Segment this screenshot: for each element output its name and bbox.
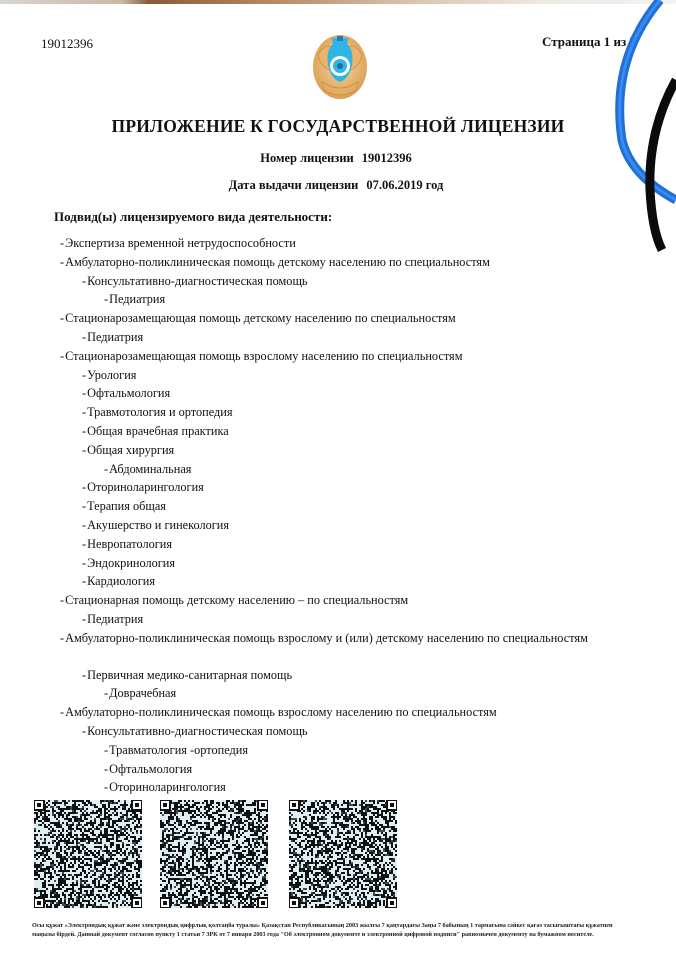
- list-item-text: Травмотология и ортопедия: [87, 405, 232, 419]
- list-item-text: Педиатрия: [109, 292, 165, 306]
- list-item: -Кардиология: [82, 574, 155, 589]
- legal-footnote: Осы құжат «Электрондық құжат және электр…: [32, 921, 657, 939]
- list-item-text: Офтальмология: [109, 762, 192, 776]
- list-item-text: Кардиология: [87, 574, 155, 588]
- list-item-text: Общая хирургия: [87, 443, 174, 457]
- bullet-dash: -: [82, 386, 86, 400]
- list-item-text: Педиатрия: [87, 330, 143, 344]
- list-item: -Терапия общая: [82, 499, 166, 514]
- list-item-text: Терапия общая: [87, 499, 166, 513]
- list-item-text: Экспертиза временной нетрудоспособности: [65, 236, 296, 250]
- list-item-text: Амбулаторно-поликлиническая помощь взрос…: [65, 705, 497, 719]
- bullet-dash: -: [82, 330, 86, 344]
- bullet-dash: -: [104, 780, 108, 794]
- list-item: -Травмотология и ортопедия: [82, 405, 232, 420]
- list-item: -Стационарная помощь детскому населению …: [60, 593, 408, 608]
- bullet-dash: -: [82, 405, 86, 419]
- bullet-dash: -: [82, 368, 86, 382]
- bullet-dash: -: [60, 255, 64, 269]
- license-date-line: Дата выдачи лицензии07.06.2019 год: [0, 178, 674, 193]
- bullet-dash: -: [82, 518, 86, 532]
- list-item: -Оториноларингология: [104, 780, 226, 795]
- list-item-text: Оториноларингология: [109, 780, 226, 794]
- footnote-line-kazakh: Осы құжат «Электрондық құжат және электр…: [32, 921, 657, 930]
- bullet-dash: -: [82, 724, 86, 738]
- bullet-dash: -: [82, 537, 86, 551]
- list-item-text: Офтальмология: [87, 386, 170, 400]
- bullet-dash: -: [104, 762, 108, 776]
- list-item-text: Стационарная помощь детскому населению –…: [65, 593, 408, 607]
- license-date-value: 07.06.2019 год: [366, 178, 443, 192]
- license-number-line: Номер лицензии19012396: [0, 151, 674, 166]
- list-item: -Абдоминальная: [104, 462, 191, 477]
- list-item: -Офтальмология: [82, 386, 170, 401]
- list-item: -Амбулаторно-поликлиническая помощь взро…: [60, 631, 588, 646]
- list-item-text: Стационарозамещающая помощь детскому нас…: [65, 311, 456, 325]
- list-item-text: Акушерство и гинекология: [87, 518, 229, 532]
- list-item: -Первичная медико-санитарная помощь: [82, 668, 292, 683]
- qr-code-icon: [160, 800, 268, 908]
- list-item: -Консультативно-диагностическая помощь: [82, 274, 308, 289]
- list-item-text: Оториноларингология: [87, 480, 204, 494]
- list-item-text: Невропатология: [87, 537, 172, 551]
- list-item: -Экспертиза временной нетрудоспособности: [60, 236, 296, 251]
- qr-code-icon: [289, 800, 397, 908]
- list-item-text: Консультативно-диагностическая помощь: [87, 274, 307, 288]
- list-item-text: Травматология -ортопедия: [109, 743, 248, 757]
- list-item-text: Абдоминальная: [109, 462, 191, 476]
- list-item-text: Эндокринология: [87, 556, 175, 570]
- list-item: -Травматология -ортопедия: [104, 743, 248, 758]
- photo-top-edge: [0, 0, 676, 4]
- list-item: -Стационарозамещающая помощь детскому на…: [60, 311, 456, 326]
- bullet-dash: -: [82, 443, 86, 457]
- license-number-label: Номер лицензии: [260, 151, 353, 165]
- kazakhstan-state-emblem-icon: [310, 30, 370, 102]
- bullet-dash: -: [104, 462, 108, 476]
- list-item-text: Первичная медико-санитарная помощь: [87, 668, 292, 682]
- list-item: -Амбулаторно-поликлиническая помощь взро…: [60, 705, 497, 720]
- bullet-dash: -: [60, 631, 64, 645]
- list-item-text: Доврачебная: [109, 686, 176, 700]
- list-item: -Педиатрия: [82, 330, 143, 345]
- bullet-dash: -: [82, 574, 86, 588]
- list-item: -Эндокринология: [82, 556, 175, 571]
- bullet-dash: -: [60, 593, 64, 607]
- list-item: -Педиатрия: [82, 612, 143, 627]
- bullet-dash: -: [82, 668, 86, 682]
- list-item: -Урология: [82, 368, 136, 383]
- bullet-dash: -: [82, 480, 86, 494]
- list-item: -Общая хирургия: [82, 443, 174, 458]
- list-item-text: Педиатрия: [87, 612, 143, 626]
- list-item: -Невропатология: [82, 537, 172, 552]
- list-item-text: Амбулаторно-поликлиническая помощь взрос…: [65, 631, 588, 645]
- license-date-label: Дата выдачи лицензии: [229, 178, 359, 192]
- document-number: 19012396: [41, 36, 93, 52]
- bullet-dash: -: [104, 292, 108, 306]
- cable-in-photo: [600, 0, 676, 290]
- bullet-dash: -: [60, 311, 64, 325]
- list-item: -Стационарозамещающая помощь взрослому н…: [60, 349, 463, 364]
- list-item: -Педиатрия: [104, 292, 165, 307]
- license-number-value: 19012396: [362, 151, 412, 165]
- list-item: -Оториноларингология: [82, 480, 204, 495]
- qr-code-icon: [34, 800, 142, 908]
- bullet-dash: -: [60, 349, 64, 363]
- list-item: -Консультативно-диагностическая помощь: [82, 724, 308, 739]
- bullet-dash: -: [82, 556, 86, 570]
- list-item-text: Общая врачебная практика: [87, 424, 229, 438]
- bullet-dash: -: [104, 686, 108, 700]
- list-item-text: Стационарозамещающая помощь взрослому на…: [65, 349, 462, 363]
- list-item: -Амбулаторно-поликлиническая помощь детс…: [60, 255, 490, 270]
- bullet-dash: -: [104, 743, 108, 757]
- section-heading: Подвид(ы) лицензируемого вида деятельнос…: [54, 209, 332, 225]
- bullet-dash: -: [60, 705, 64, 719]
- bullet-dash: -: [82, 612, 86, 626]
- list-item: -Общая врачебная практика: [82, 424, 229, 439]
- bullet-dash: -: [82, 499, 86, 513]
- list-item-text: Амбулаторно-поликлиническая помощь детск…: [65, 255, 490, 269]
- bullet-dash: -: [82, 424, 86, 438]
- page-title: ПРИЛОЖЕНИЕ К ГОСУДАРСТВЕННОЙ ЛИЦЕНЗИИ: [0, 116, 676, 137]
- list-item-text: Урология: [87, 368, 136, 382]
- list-item: -Акушерство и гинекология: [82, 518, 229, 533]
- list-item-text: Консультативно-диагностическая помощь: [87, 724, 307, 738]
- bullet-dash: -: [82, 274, 86, 288]
- list-item: -Доврачебная: [104, 686, 176, 701]
- list-item: -Офтальмология: [104, 762, 192, 777]
- footnote-line-russian: маңызы бірдей. Данный документ согласно …: [32, 930, 657, 939]
- bullet-dash: -: [60, 236, 64, 250]
